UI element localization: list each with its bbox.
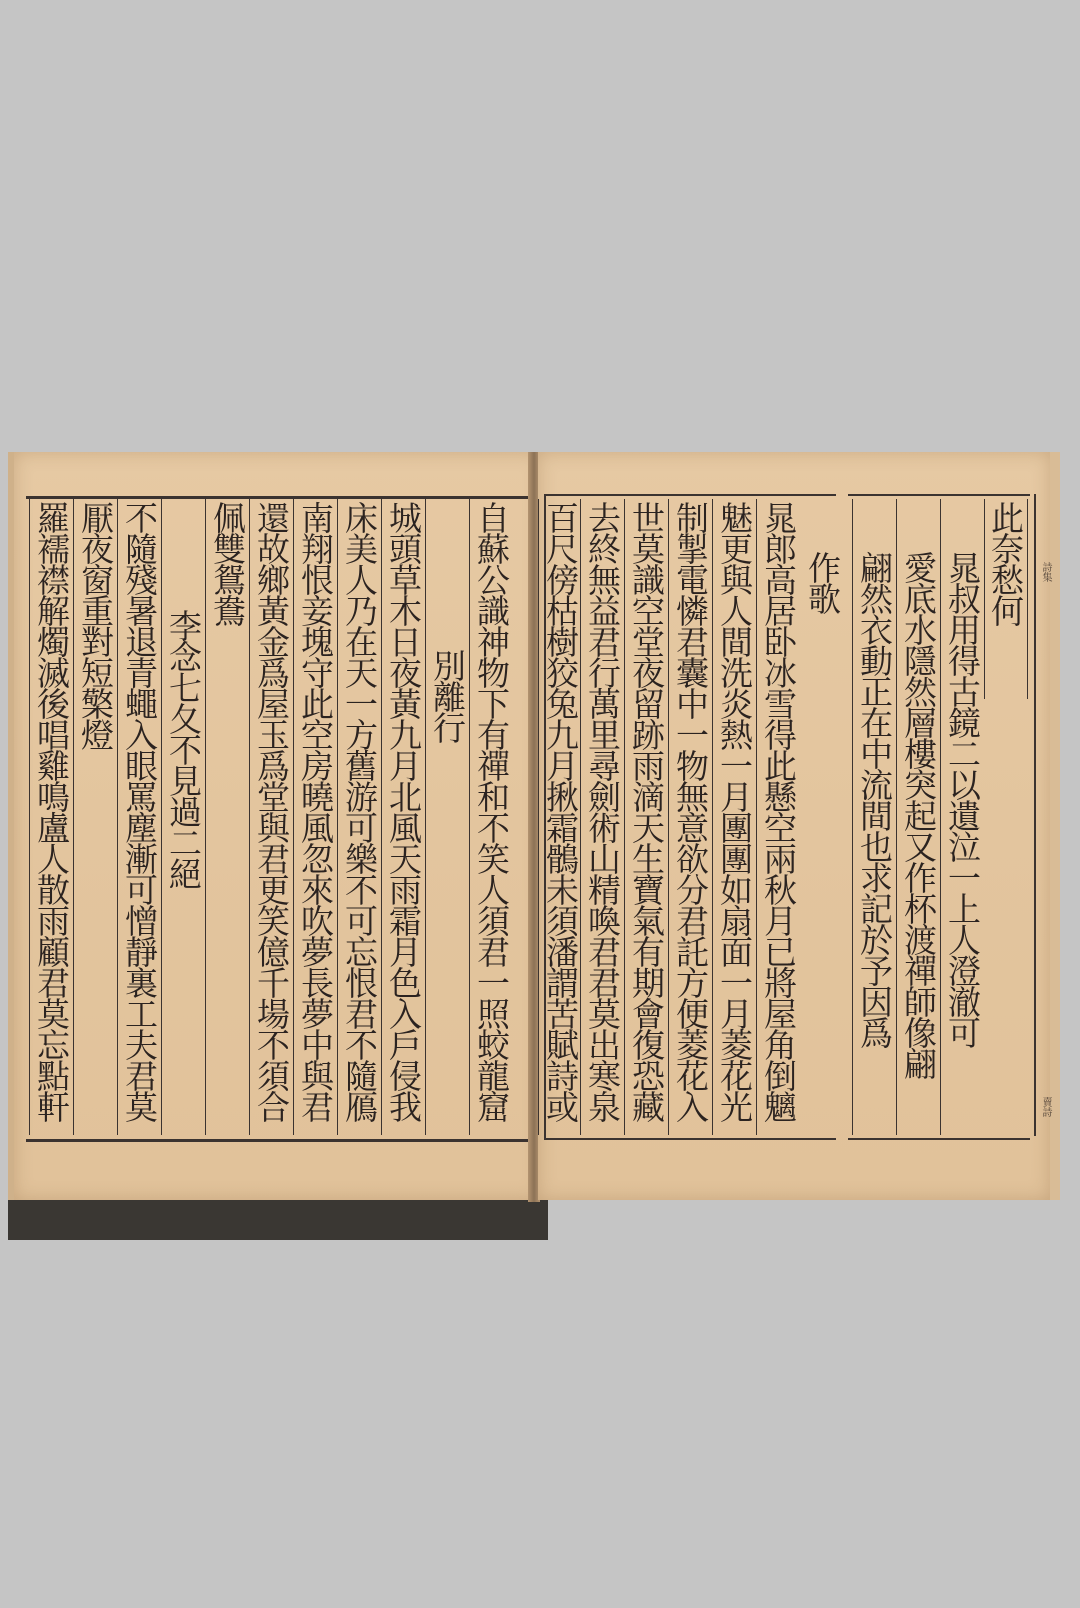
text-column: 此奈愁何 — [984, 499, 1028, 699]
text-column: 床美人乃在天一方舊游可樂不可忘恨君不隨鴈 — [337, 499, 381, 1135]
edge-note: 詩集 — [1038, 562, 1053, 582]
text-column: 魅更與人間洗炎熱一月團團如扇面一月菱花光 — [712, 499, 756, 1135]
poem-title: 李念七夂不見過二絕 — [161, 499, 205, 1135]
text-column: 南翔恨妾塊守此空房曉風忽來吹夢長夢中與君 — [293, 499, 337, 1135]
text-column: 羅襦襟解燭滅後唱雞鳴盧人散雨顧君莫忘點軒 — [29, 499, 73, 1135]
text-column: 制掣電憐君囊中一物無意欲分君託方便菱花入袖 — [668, 499, 712, 1135]
text-column: 城頭草木日夜黃九月北風天雨霜月色入戶侵我 — [381, 499, 425, 1135]
edge-note: 賣詩 — [1038, 1097, 1053, 1117]
text-column: 自蘇公識神物下有禪和不笑人須君一照蛟龍窟 — [469, 499, 513, 1135]
text-column: 世莫識空堂夜留跡雨滴天生寶氣有期會復恐藏 — [624, 499, 668, 1135]
poem-title: 別離行 — [425, 499, 469, 1135]
poem-title: 作歌 — [800, 499, 844, 1135]
right-page: 此奈愁何 晁叔用得古鏡二以遺泣一上人澄澈可 愛底水隱然層樓突起又作杯渡禪師像翩 … — [538, 452, 1060, 1200]
text-column: 去終無益君行萬里尋劍術山精喚君君莫出寒泉 — [580, 499, 624, 1135]
open-book: 自蘇公識神物下有禪和不笑人須君一照蛟龍窟 別離行 城頭草木日夜黃九月北風天雨霜月… — [8, 452, 1058, 1207]
text-column: 佩雙鴛鴦 — [205, 499, 249, 1135]
edge-rule — [1034, 494, 1036, 1136]
text-column: 百尺傍枯樹狡兔九月揪霜鶻未須潘謂苦賦詩或 — [538, 499, 582, 1135]
text-column: 不隨殘暑退青蠅入眼罵塵漸可憎靜裏工夫君莫 — [117, 499, 161, 1135]
text-column: 晁郎高居卧冰雪得此懸空兩秋月已將屋角倒魑 — [756, 499, 800, 1135]
preface-column: 愛底水隱然層樓突起又作杯渡禪師像翩 — [896, 499, 940, 1135]
text-column: 還故鄉黃金爲屋玉爲堂與君更笑億千場不須合 — [249, 499, 293, 1135]
text-column: 厭夜窗重對短檠燈 — [73, 499, 117, 1135]
preface-column: 翩然衣動正在中流間也求記於予因爲 — [852, 499, 896, 1135]
preface-column: 晁叔用得古鏡二以遺泣一上人澄澈可 — [940, 499, 984, 1135]
left-page: 自蘇公識神物下有禪和不笑人須君一照蛟龍窟 別離行 城頭草木日夜黃九月北風天雨霜月… — [8, 452, 541, 1200]
